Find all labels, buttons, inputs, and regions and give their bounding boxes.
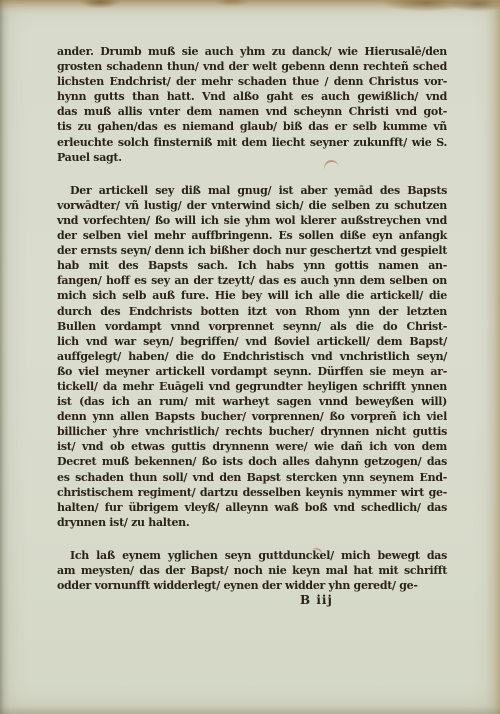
text-line: lich vnd war seyn/ begriffen/ vnd ßoviel…: [57, 334, 447, 349]
text-line: odder vornunfft widderlegt/ eynen der wi…: [57, 578, 447, 593]
page-bottom-edge-shadow: [0, 706, 500, 714]
text-line: durch des Endchrists botten itzt von Rho…: [57, 304, 447, 319]
paragraph-3: Ich laß eynem yglichen seyn guttdunckel/…: [57, 548, 447, 593]
text-line: Ich laß eynem yglichen seyn guttdunckel/…: [57, 548, 447, 563]
text-line: ist/ vnd ob etwas guttis drynnenn were/ …: [57, 439, 447, 454]
text-line: billicher yhre vnchristlich/ rechts buch…: [57, 424, 447, 439]
text-line: am meysten/ das der Bapst/ noch nie keyn…: [57, 563, 447, 578]
text-line: ist (das ich an rum/ mit warheyt sagen v…: [57, 394, 447, 409]
scanned-page: ander. Drumb muß sie auch yhm zu danck/ …: [0, 0, 500, 714]
text-line: der ernsts seyn/ denn ich bißher doch nu…: [57, 243, 447, 258]
text-line: vnd vorfechten/ ßo will ich sie yhm wol …: [57, 213, 447, 228]
text-line: Der artickell sey diß mal gnug/ ist aber…: [57, 183, 447, 198]
text-line: grosten schadenn thun/ vnd der welt gebe…: [57, 59, 447, 74]
page-top-edge-stain: [0, 0, 500, 13]
text-line: drynnen ist/ zu halten.: [57, 515, 447, 530]
text-line: ßo viel meyner artickell vordampt seynn.…: [57, 364, 447, 379]
text-line: Decret muß bekennen/ ßo ists doch alles …: [57, 454, 447, 469]
paragraph-1: ander. Drumb muß sie auch yhm zu danck/ …: [57, 44, 447, 165]
signature-mark: B iij: [57, 593, 447, 608]
page-right-edge-stain: [486, 0, 500, 714]
text-line: es schaden thun soll/ vnd den Bapst ster…: [57, 470, 447, 485]
text-line: Bullen vordampt vnnd vorprennet seynn/ a…: [57, 319, 447, 334]
text-line: tis zu gahen/das es niemand glaub/ biß d…: [57, 119, 447, 134]
text-line: mich sich selb auß fure. Hie bey will ic…: [57, 288, 447, 303]
text-block: ander. Drumb muß sie auch yhm zu danck/ …: [57, 44, 447, 608]
text-line: hab mit des Bapsts sach. Ich habs ynn go…: [57, 258, 447, 273]
text-line: das muß allis vnter dem namen vnd scheyn…: [57, 104, 447, 119]
text-line: halten/ fur übrigem vleyß/ alleynn waß b…: [57, 500, 447, 515]
text-line: ander. Drumb muß sie auch yhm zu danck/ …: [57, 44, 447, 59]
text-line: denn ynn allen Bapsts bucher/ vorprennen…: [57, 409, 447, 424]
text-line: tickell/ da mehr Euāgeli vnd gegrundter …: [57, 379, 447, 394]
page-left-edge-shadow: [0, 0, 9, 714]
text-line: christischem regiment/ dartzu desselben …: [57, 485, 447, 500]
text-line: auffgelegt/ haben/ die do Endchristisch …: [57, 349, 447, 364]
text-line: fangen/ hoff es sey an der tzeytt/ das e…: [57, 273, 447, 288]
text-line: vorwādter/ vñ lustig/ der vnterwind sich…: [57, 198, 447, 213]
text-line: der selben viel mehr auffbringenn. Es so…: [57, 228, 447, 243]
text-line: lichsten Endchrist/ der mehr schaden thu…: [57, 74, 447, 89]
text-line: Pauel sagt.: [57, 150, 447, 165]
paragraph-2: Der artickell sey diß mal gnug/ ist aber…: [57, 183, 447, 530]
text-line: hynn gutts than hatt. Vnd alßo gaht es a…: [57, 89, 447, 104]
text-line: erleuchte solch finsterniß mit dem liech…: [57, 135, 447, 150]
